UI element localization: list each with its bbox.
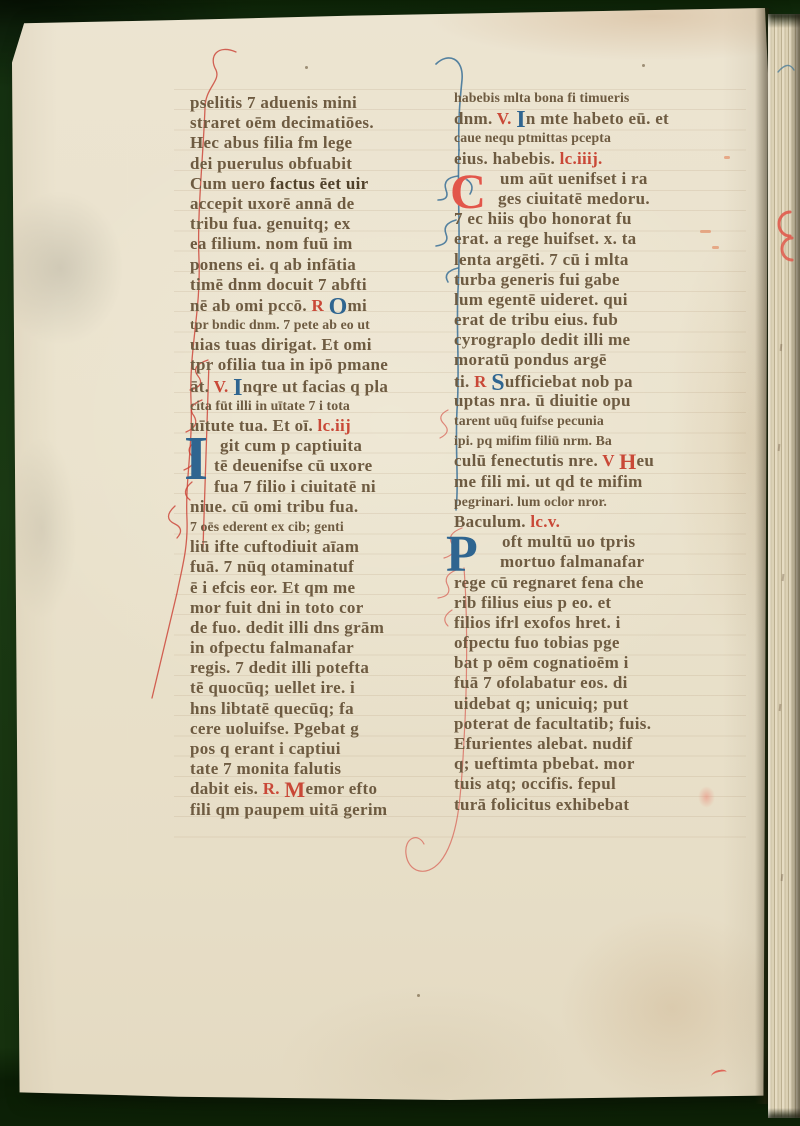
text-line: q; ueftimta pbebat. mor [454, 754, 734, 774]
rubric-text: R [474, 372, 491, 391]
text-line: uias tuas dirigat. Et omi [190, 335, 452, 355]
text-line: turba generis fui gabe [454, 270, 734, 290]
text-line: ipi. pq mifim filiū nrm. Ba [454, 431, 734, 451]
page-edge-shadow [755, 8, 769, 1104]
body-text: āt. [190, 377, 214, 396]
text-line: caue nequ ptmittas pcepta [454, 128, 734, 148]
text-line: 7 ec hiis qbo honorat fu [454, 209, 734, 229]
text-line: habebis mlta bona fi timueris [454, 88, 734, 108]
rubric-text: V [602, 451, 619, 470]
text-line: moratū pondus argē [454, 350, 734, 370]
text-line: Cum aūt uenifset i ra [454, 169, 734, 189]
ink-speck [305, 66, 308, 69]
body-text: de fuo. dedit illi dns grām [190, 618, 384, 637]
text-line: uidebat q; unicuiq; put [454, 694, 734, 714]
text-line: pos q erant i captiui [190, 739, 452, 759]
body-text: pselitis 7 aduenis mini [190, 93, 357, 112]
text-line: eius. habebis. lc.iiij. [454, 149, 734, 169]
body-text: lum egentē uideret. qui [454, 290, 628, 309]
body-text: mi [348, 296, 367, 315]
text-line: tpr ofilia tua in ipō pmane [190, 355, 452, 375]
red-margin-mark [700, 230, 711, 233]
text-line: dei puerulus obfuabit [190, 154, 452, 174]
text-line: tpr bndic dnm. 7 pete ab eo ut [190, 315, 452, 335]
text-line: mor fuit dni in toto cor [190, 598, 452, 618]
text-line: de fuo. dedit illi dns grām [190, 618, 452, 638]
body-text: emor efto [306, 779, 378, 798]
body-text: tpr bndic dnm. 7 pete ab eo ut [190, 317, 370, 332]
text-line: rege cū regnaret fena che [454, 573, 734, 593]
ink-speck [642, 64, 645, 67]
body-text: tpr ofilia tua in ipō pmane [190, 355, 388, 374]
body-text: pegrinari. lum oclor nror. [454, 494, 607, 509]
text-line: Hec abus filia fm lege [190, 133, 452, 153]
body-text: me fili mi. ut qd te mifim [454, 472, 643, 491]
body-text: cyrograplo dedit illi me [454, 330, 630, 349]
body-text: q; ueftimta pbebat. mor [454, 754, 635, 773]
rubric-text: R [311, 296, 328, 315]
body-text: caue nequ ptmittas pcepta [454, 130, 611, 145]
body-text: ē i efcis eor. Et qm me [190, 578, 355, 597]
text-line: Baculum. lc.v. [454, 512, 734, 532]
text-line: hns libtatē quecūq; fa [190, 699, 452, 719]
text-line: tē deuenifse cū uxore [190, 456, 452, 476]
body-text: ponens ei. q ab infātia [190, 255, 356, 274]
text-line: turā folicitus exhibebat [454, 795, 734, 815]
text-line: fuā 7 ofolabatur eos. di [454, 673, 734, 693]
body-text: habebis mlta bona fi timueris [454, 90, 629, 105]
text-line: pselitis 7 aduenis mini [190, 93, 452, 113]
body-text: ges ciuitatē medoru. [498, 189, 650, 208]
right-text-column: habebis mlta bona fi timuerisdnm. V. In … [454, 88, 734, 815]
body-text: n mte habeto eū. et [526, 109, 669, 128]
text-line: uptas nra. ū diuitie opu [454, 391, 734, 411]
text-line: Igit cum p captiuita [190, 436, 452, 456]
body-text: 7 oēs ederent ex cib; genti [190, 519, 344, 534]
body-text: erat de tribu eius. fub [454, 310, 618, 329]
text-line: regis. 7 dedit illi potefta [190, 658, 452, 678]
body-text: erat. a rege huifset. x. ta [454, 229, 636, 248]
text-line: uītute tua. Et oī. lc.iij [190, 416, 452, 436]
body-text: git cum p captiuita [220, 436, 362, 455]
text-line: erat. a rege huifset. x. ta [454, 229, 734, 249]
text-line: fua 7 filio i ciuitatē ni [190, 477, 452, 497]
text-line: poterat de facultatib; fuis. [454, 714, 734, 734]
text-line: cita fūt illi in uītate 7 i tota [190, 396, 452, 416]
text-line: fuā. 7 nūq otaminatuf [190, 557, 452, 577]
manuscript-page: pselitis 7 aduenis ministraret oēm decim… [12, 8, 768, 1100]
body-text: nqre ut facias q pla [243, 377, 389, 396]
body-text: liū ifte cuftodiuit aīam [190, 537, 359, 556]
text-line: Efurientes alebat. nudif [454, 734, 734, 754]
text-line: bat p oēm cognatioēm i [454, 653, 734, 673]
text-line: ponens ei. q ab infātia [190, 255, 452, 275]
body-text: Hec abus filia fm lege [190, 133, 352, 152]
body-text: niue. cū omi tribu fua. [190, 497, 358, 516]
body-text: in ofpectu falmanafar [190, 638, 354, 657]
next-page-peek-marks [768, 14, 800, 1118]
body-text: tate 7 monita falutis [190, 759, 341, 778]
body-text: hns libtatē quecūq; fa [190, 699, 354, 718]
body-text: mortuo falmanafar [500, 552, 644, 571]
body-text: tribu fua. genuitq; ex [190, 214, 351, 233]
text-line: nē ab omi pccō. R Omi [190, 295, 452, 315]
text-line: tarent uūq fuifse pecunia [454, 411, 734, 431]
body-text: cere uoluifse. Pgebat g [190, 719, 359, 738]
body-text: regis. 7 dedit illi potefta [190, 658, 369, 677]
body-text: filios ifrl exofos hret. i [454, 613, 621, 632]
body-text: culū fenectutis nre. [454, 451, 602, 470]
body-text: poterat de facultatib; fuis. [454, 714, 651, 733]
text-line: culū fenectutis nre. V Heu [454, 451, 734, 471]
text-line: in ofpectu falmanafar [190, 638, 452, 658]
body-text: ofpectu fuo tobias pge [454, 633, 620, 652]
text-line: tuis atq; occifis. fepul [454, 774, 734, 794]
body-text: fili qm paupem uitā gerim [190, 800, 387, 819]
rubric-text: V. [214, 377, 234, 396]
body-text: pos q erant i captiui [190, 739, 341, 758]
body-text: straret oēm decimatiōes. [190, 113, 374, 132]
blue-peek-curl [778, 65, 794, 72]
rubric-text: lc.v. [530, 512, 560, 531]
text-line: ti. R Sufficiebat nob pa [454, 371, 734, 391]
body-text: uias tuas dirigat. Et omi [190, 335, 372, 354]
body-text: turā folicitus exhibebat [454, 795, 629, 814]
text-line: ē i efcis eor. Et qm me [190, 578, 452, 598]
pink-stain [698, 786, 715, 808]
body-text: eu [637, 451, 655, 470]
text-line: ea filium. nom fuū im [190, 234, 452, 254]
rubric-text: lc.iiij. [560, 149, 603, 168]
fore-edge [768, 14, 800, 1118]
body-text: rege cū regnaret fena che [454, 573, 644, 592]
body-text: fuā 7 ofolabatur eos. di [454, 673, 628, 692]
body-text: moratū pondus argē [454, 350, 607, 369]
body-text: 7 ec hiis qbo honorat fu [454, 209, 632, 228]
text-line: cyrograplo dedit illi me [454, 330, 734, 350]
body-text: oft multū uo tpris [502, 532, 635, 551]
text-line: accepit uxorē annā de [190, 194, 452, 214]
body-text: turba generis fui gabe [454, 270, 620, 289]
body-text: fuā. 7 nūq otaminatuf [190, 557, 354, 576]
text-line: me fili mi. ut qd te mifim [454, 472, 734, 492]
text-line: tē quocūq; uellet ire. i [190, 678, 452, 698]
body-text: Cum uero [190, 174, 270, 193]
red-margin-mark [712, 246, 719, 249]
body-text: bat p oēm cognatioēm i [454, 653, 629, 672]
text-line: niue. cū omi tribu fua. [190, 497, 452, 517]
body-text: mor fuit dni in toto cor [190, 598, 364, 617]
text-line: tate 7 monita falutis [190, 759, 452, 779]
body-text: rib filius eius p eo. et [454, 593, 611, 612]
text-line: lum egentē uideret. qui [454, 290, 734, 310]
text-line: mortuo falmanafar [454, 552, 734, 572]
body-text: tē deuenifse cū uxore [214, 456, 373, 475]
text-line: Cum uero factus ēet uir [190, 174, 452, 194]
body-text: dnm. [454, 109, 497, 128]
body-text: timē dnm docuit 7 abfti [190, 275, 367, 294]
text-line: Poft multū uo tpris [454, 532, 734, 552]
text-line: ofpectu fuo tobias pge [454, 633, 734, 653]
body-text: factus ēet uir [270, 174, 369, 193]
rubric-text: R. [263, 779, 285, 798]
ink-speck [417, 994, 420, 997]
body-text: accepit uxorē annā de [190, 194, 354, 213]
body-text: nē ab omi pccō. [190, 296, 311, 315]
body-text: fua 7 filio i ciuitatē ni [214, 477, 376, 496]
body-text: cita fūt illi in uītate 7 i tota [190, 398, 350, 413]
body-text: Efurientes alebat. nudif [454, 734, 633, 753]
rubric-text: V. [497, 109, 517, 128]
text-line: timē dnm docuit 7 abfti [190, 275, 452, 295]
body-text: um aūt uenifset i ra [500, 169, 648, 188]
text-line: rib filius eius p eo. et [454, 593, 734, 613]
left-text-column: pselitis 7 aduenis ministraret oēm decim… [190, 93, 452, 820]
text-line: lenta argēti. 7 cū i mlta [454, 250, 734, 270]
rubric-text: lc.iij [318, 416, 351, 435]
text-line: tribu fua. genuitq; ex [190, 214, 452, 234]
body-text: dabit eis. [190, 779, 263, 798]
text-line: erat de tribu eius. fub [454, 310, 734, 330]
body-text: ipi. pq mifim filiū nrm. Ba [454, 433, 612, 448]
body-text: ea filium. nom fuū im [190, 234, 353, 253]
text-line: ges ciuitatē medoru. [454, 189, 734, 209]
text-line: liū ifte cuftodiuit aīam [190, 537, 452, 557]
body-text: uidebat q; unicuiq; put [454, 694, 629, 713]
text-line: dnm. V. In mte habeto eū. et [454, 108, 734, 128]
text-line: filios ifrl exofos hret. i [454, 613, 734, 633]
text-line: fili qm paupem uitā gerim [190, 800, 452, 820]
body-text: ufficiebat nob pa [505, 372, 633, 391]
text-line: dabit eis. R. Memor efto [190, 779, 452, 799]
text-line: straret oēm decimatiōes. [190, 113, 452, 133]
body-text: dei puerulus obfuabit [190, 154, 352, 173]
red-margin-mark [724, 156, 730, 159]
text-line: āt. V. Inqre ut facias q pla [190, 376, 452, 396]
text-line: pegrinari. lum oclor nror. [454, 492, 734, 512]
text-line: 7 oēs ederent ex cib; genti [190, 517, 452, 537]
body-text: ti. [454, 372, 474, 391]
body-text: uptas nra. ū diuitie opu [454, 391, 631, 410]
body-text: tarent uūq fuifse pecunia [454, 413, 604, 428]
body-text: uītute tua. Et oī. [190, 416, 318, 435]
body-text: tuis atq; occifis. fepul [454, 774, 616, 793]
body-text: lenta argēti. 7 cū i mlta [454, 250, 629, 269]
text-line: cere uoluifse. Pgebat g [190, 719, 452, 739]
manuscript-photo: pselitis 7 aduenis ministraret oēm decim… [0, 0, 800, 1126]
body-text: tē quocūq; uellet ire. i [190, 678, 355, 697]
